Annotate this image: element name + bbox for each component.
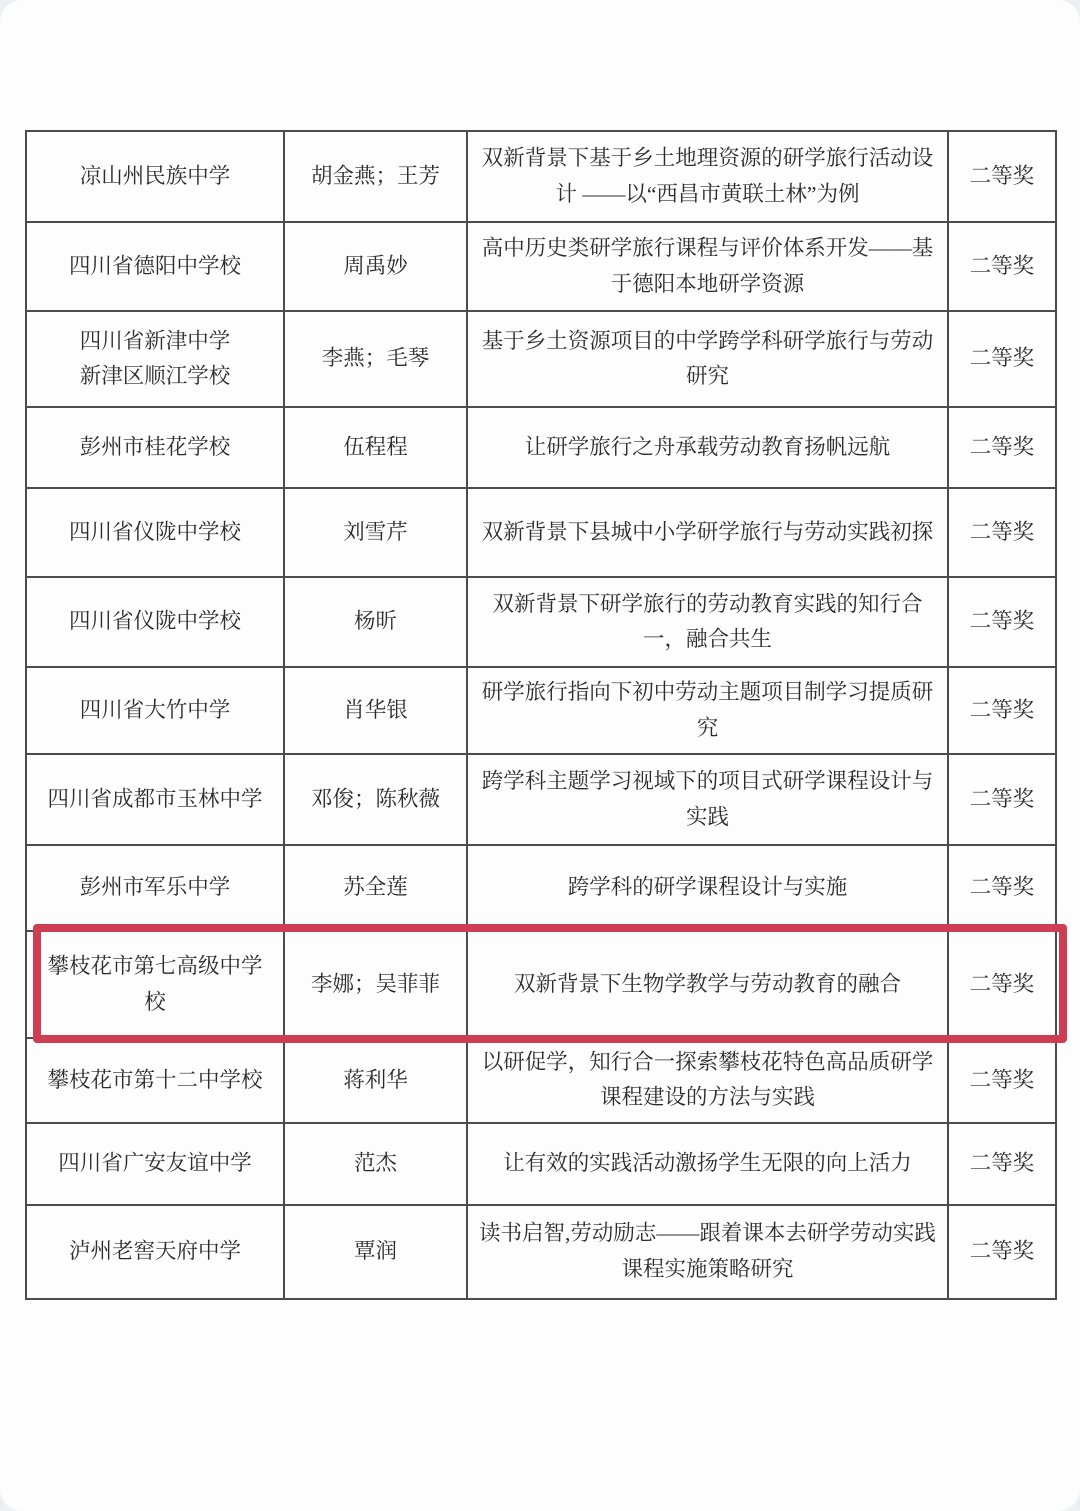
award-badge: 二等奖 <box>948 1038 1056 1123</box>
title-cell: 跨学科的研学课程设计与实施 <box>467 845 948 931</box>
title-cell: 双新背景下生物学教学与劳动教育的融合 <box>467 931 948 1038</box>
award-badge: 二等奖 <box>948 754 1056 845</box>
authors-cell: 李燕；毛琴 <box>284 311 467 407</box>
table-row: 彭州市桂花学校 伍程程 让研学旅行之舟承载劳动教育扬帆远航 二等奖 <box>26 407 1056 488</box>
title-cell: 让有效的实践活动激扬学生无限的向上活力 <box>467 1123 948 1205</box>
title-cell: 让研学旅行之舟承载劳动教育扬帆远航 <box>467 407 948 488</box>
table-row: 彭州市军乐中学 苏全莲 跨学科的研学课程设计与实施 二等奖 <box>26 845 1056 931</box>
table-row: 四川省仪陇中学校 刘雪芹 双新背景下县城中小学研学旅行与劳动实践初探 二等奖 <box>26 488 1056 577</box>
school-cell: 泸州老窖天府中学 <box>26 1205 284 1299</box>
title-cell: 双新背景下基于乡土地理资源的研学旅行活动设计 ——以“西昌市黄联土林”为例 <box>467 131 948 222</box>
authors-cell: 李娜；吴菲菲 <box>284 931 467 1038</box>
table-row: 四川省广安友谊中学 范杰 让有效的实践活动激扬学生无限的向上活力 二等奖 <box>26 1123 1056 1205</box>
title-cell: 研学旅行指向下初中劳动主题项目制学习提质研究 <box>467 667 948 754</box>
table-row: 四川省德阳中学校 周禹妙 高中历史类研学旅行课程与评价体系开发——基于德阳本地研… <box>26 222 1056 311</box>
table-row: 凉山州民族中学 胡金燕；王芳 双新背景下基于乡土地理资源的研学旅行活动设计 ——… <box>26 131 1056 222</box>
authors-cell: 杨昕 <box>284 577 467 667</box>
award-badge: 二等奖 <box>948 577 1056 667</box>
award-badge: 二等奖 <box>948 667 1056 754</box>
award-badge: 二等奖 <box>948 311 1056 407</box>
authors-cell: 邓俊；陈秋薇 <box>284 754 467 845</box>
authors-cell: 刘雪芹 <box>284 488 467 577</box>
school-cell: 四川省新津中学 新津区顺江学校 <box>26 311 284 407</box>
authors-cell: 肖华银 <box>284 667 467 754</box>
table-row: 四川省大竹中学 肖华银 研学旅行指向下初中劳动主题项目制学习提质研究 二等奖 <box>26 667 1056 754</box>
authors-cell: 范杰 <box>284 1123 467 1205</box>
school-cell: 四川省大竹中学 <box>26 667 284 754</box>
authors-cell: 覃润 <box>284 1205 467 1299</box>
award-table: 凉山州民族中学 胡金燕；王芳 双新背景下基于乡土地理资源的研学旅行活动设计 ——… <box>25 130 1057 1300</box>
award-badge: 二等奖 <box>948 1205 1056 1299</box>
title-cell: 高中历史类研学旅行课程与评价体系开发——基于德阳本地研学资源 <box>467 222 948 311</box>
table-row: 四川省新津中学 新津区顺江学校 李燕；毛琴 基于乡土资源项目的中学跨学科研学旅行… <box>26 311 1056 407</box>
school-cell: 凉山州民族中学 <box>26 131 284 222</box>
school-cell: 四川省仪陇中学校 <box>26 488 284 577</box>
award-badge: 二等奖 <box>948 845 1056 931</box>
school-cell: 四川省成都市玉林中学 <box>26 754 284 845</box>
document-page: 凉山州民族中学 胡金燕；王芳 双新背景下基于乡土地理资源的研学旅行活动设计 ——… <box>0 0 1080 1511</box>
title-cell: 读书启智,劳动励志——跟着课本去研学劳动实践课程实施策略研究 <box>467 1205 948 1299</box>
table-row: 四川省仪陇中学校 杨昕 双新背景下研学旅行的劳动教育实践的知行合一，融合共生 二… <box>26 577 1056 667</box>
award-badge: 二等奖 <box>948 222 1056 311</box>
school-cell: 彭州市军乐中学 <box>26 845 284 931</box>
title-cell: 跨学科主题学习视域下的项目式研学课程设计与实践 <box>467 754 948 845</box>
title-cell: 基于乡土资源项目的中学跨学科研学旅行与劳动研究 <box>467 311 948 407</box>
authors-cell: 苏全莲 <box>284 845 467 931</box>
award-badge: 二等奖 <box>948 931 1056 1038</box>
table-row: 攀枝花市第七高级中学校 李娜；吴菲菲 双新背景下生物学教学与劳动教育的融合 二等… <box>26 931 1056 1038</box>
school-cell: 四川省德阳中学校 <box>26 222 284 311</box>
authors-cell: 胡金燕；王芳 <box>284 131 467 222</box>
authors-cell: 周禹妙 <box>284 222 467 311</box>
title-cell: 以研促学，知行合一探索攀枝花特色高品质研学课程建设的方法与实践 <box>467 1038 948 1123</box>
table-row: 攀枝花市第十二中学校 蒋利华 以研促学，知行合一探索攀枝花特色高品质研学课程建设… <box>26 1038 1056 1123</box>
school-cell: 四川省仪陇中学校 <box>26 577 284 667</box>
award-badge: 二等奖 <box>948 131 1056 222</box>
title-cell: 双新背景下县城中小学研学旅行与劳动实践初探 <box>467 488 948 577</box>
school-cell: 攀枝花市第十二中学校 <box>26 1038 284 1123</box>
school-cell: 四川省广安友谊中学 <box>26 1123 284 1205</box>
table-row: 四川省成都市玉林中学 邓俊；陈秋薇 跨学科主题学习视域下的项目式研学课程设计与实… <box>26 754 1056 845</box>
authors-cell: 伍程程 <box>284 407 467 488</box>
award-badge: 二等奖 <box>948 488 1056 577</box>
school-cell: 攀枝花市第七高级中学校 <box>26 931 284 1038</box>
award-badge: 二等奖 <box>948 1123 1056 1205</box>
table-row: 泸州老窖天府中学 覃润 读书启智,劳动励志——跟着课本去研学劳动实践课程实施策略… <box>26 1205 1056 1299</box>
authors-cell: 蒋利华 <box>284 1038 467 1123</box>
award-badge: 二等奖 <box>948 407 1056 488</box>
school-cell: 彭州市桂花学校 <box>26 407 284 488</box>
title-cell: 双新背景下研学旅行的劳动教育实践的知行合一，融合共生 <box>467 577 948 667</box>
